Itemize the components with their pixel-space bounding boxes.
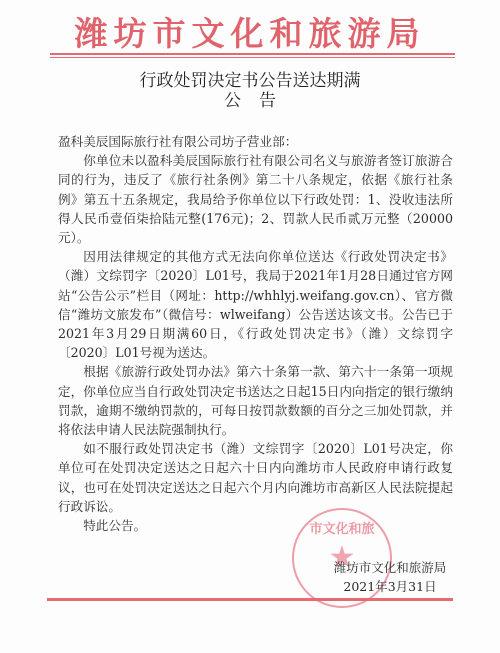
organization-header: 潍坊市文化和旅游局 [0,8,500,55]
header-rule-thin [50,57,455,58]
document-subtitle: 公告 [0,86,500,111]
seal-text: 市文化和旅 [294,518,390,537]
document-page: 潍坊市文化和旅游局 行政处罚决定书公告送达期满 公告 盈科美辰国际旅行社有限公司… [0,0,500,653]
paragraph-appeal: 如不服行政处罚决定书（潍）文综罚字〔2020〕L01号决定，你单位可在处罚决定送… [58,439,453,516]
addressee: 盈科美辰国际旅行社有限公司坊子营业部： [58,132,453,151]
header-rule-thick [50,53,455,55]
paragraph-payment: 根据《旅游行政处罚办法》第六十条第一款、第六十一条第一项规定，你单位应当自行政处… [58,362,453,439]
footer-rule [47,598,453,601]
header-double-rule [50,53,455,59]
paragraph-closing: 特此公告。 [58,516,453,535]
paragraph-violation: 你单位未以盈科美辰国际旅行社有限公司名义与旅游者签订旅游合同的行为，违反了《旅行… [58,151,453,247]
paragraph-service-notice: 因用法律规定的其他方式无法向你单位送达《行政处罚决定书》（潍）文综罚字〔2020… [58,247,453,362]
signature-block: 潍坊市文化和旅游局 2021年3月31日 [300,558,480,596]
issue-date: 2021年3月31日 [300,577,480,596]
document-body: 盈科美辰国际旅行社有限公司坊子营业部： 你单位未以盈科美辰国际旅行社有限公司名义… [58,132,453,535]
issuer-name: 潍坊市文化和旅游局 [300,558,480,577]
